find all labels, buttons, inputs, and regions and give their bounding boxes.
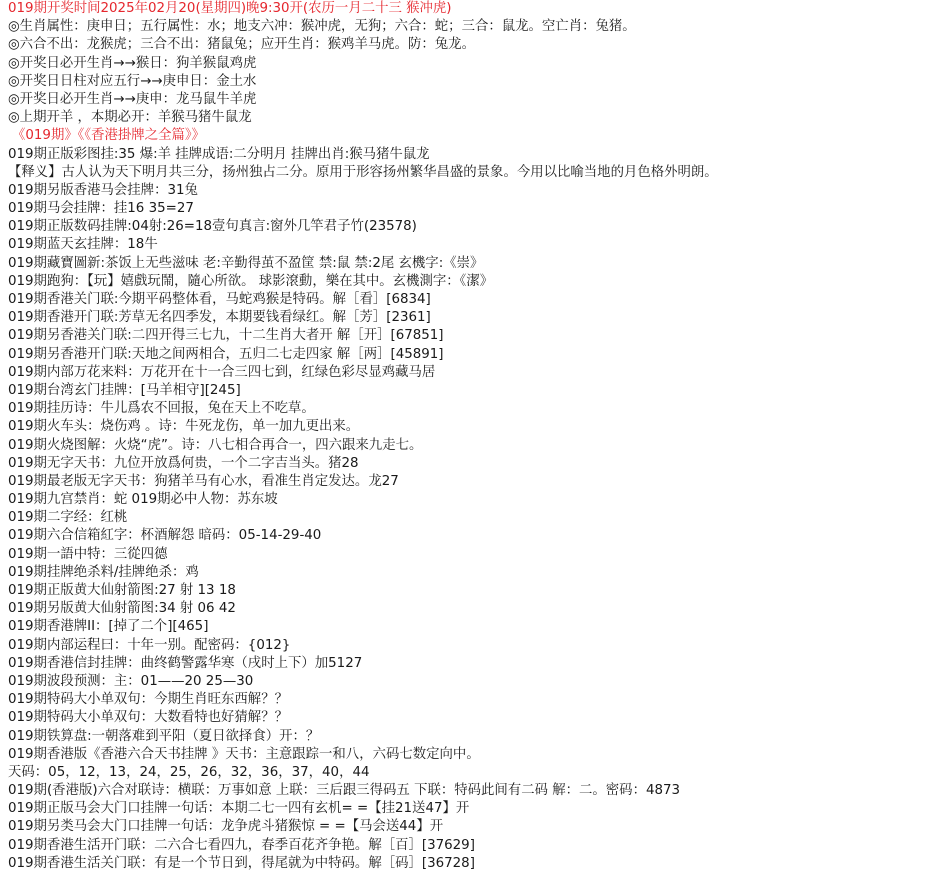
content-line: 019期蓝天玄挂牌：18牛 — [0, 236, 936, 254]
content-line: 019期马会挂牌：挂16 35=27 — [0, 200, 936, 218]
intro-line-monkey-day: ◎开奖日必开生肖→→猴日：狗羊猴鼠鸡虎 — [0, 55, 936, 73]
content-line: 019期火烧图解：火烧“虎”。诗：八七相合再合一，四六跟来九走七。 — [0, 437, 936, 455]
section-title: 《019期》《《香港掛牌之全篇》》 — [0, 127, 936, 145]
draw-time-header: 019期开奖时间2025年02月20(星期四)晚9:30开(农历一月二十三 猴冲… — [0, 0, 936, 18]
content-line: 019期特码大小单双句：大数看特也好猜解？？ — [0, 709, 936, 727]
content-line: 019期火车头：烧伤鸡 。诗：牛死龙伤，单一加九更出来。 — [0, 418, 936, 436]
content-line: 019期(香港版)六合对联诗：横联：万事如意 上联：三后跟三得码五 下联：特码此… — [0, 782, 936, 800]
content-line: 019期香港生活关门联：有是一个节日到，得尾就为中特码。解［码］[36728] — [0, 855, 936, 872]
intro-line-day-pillar-elements: ◎开奖日日柱对应五行→→庚申日：金土水 — [0, 73, 936, 91]
content-line: 019期另香港开门联:天地之间两相合，五归二七走四家 解［两］[45891] — [0, 346, 936, 364]
content-line: 019期最老版无字天书：狗猪羊马有心水，看准生肖定发达。龙27 — [0, 473, 936, 491]
content-line: 019期九宫禁肖：蛇 019期必中人物：苏东坡 — [0, 491, 936, 509]
content-line: 019期正版彩图挂:35 爆:羊 挂牌成语:二分明月 挂牌出肖:猴马猪牛鼠龙 — [0, 146, 936, 164]
content-line: 019期香港牌II：[掉了二个][465] — [0, 618, 936, 636]
content-line: 019期另版香港马会挂牌：31兔 — [0, 182, 936, 200]
content-line: 019期特码大小单双句：今期生肖旺东西解？？ — [0, 691, 936, 709]
content-line: 019期另类马会大门口挂牌一句话：龙争虎斗猪猴惊 = =【马会送44】开 — [0, 818, 936, 836]
content-line-explanation: 【释义】古人认为天下明月共三分，扬州独占二分。原用于形容扬州繁华昌盛的景象。今用… — [0, 164, 936, 182]
content-line: 019期正版黄大仙射箭图:27 射 13 18 — [0, 582, 936, 600]
content-line: 019期内部运程曰：十年一别。配密码：{012} — [0, 637, 936, 655]
intro-line-liuhe-exclusions: ◎六合不出：龙猴虎；三合不出：猪鼠兔；应开生肖：猴鸡羊马虎。防：兔龙。 — [0, 36, 936, 54]
content-line: 019期挂历诗：牛儿爲农不回报，兔在天上不吃草。 — [0, 400, 936, 418]
content-line: 019期挂牌绝杀料/挂牌绝杀：鸡 — [0, 564, 936, 582]
content-line: 019期另香港关门联:二四开得三七九，十二生肖大者开 解［开］[67851] — [0, 327, 936, 345]
content-line-tianma-numbers: 天码：05，12，13，24，25，26，32，36，37，40，44 — [0, 764, 936, 782]
content-line: 019期一語中特：三從四德 — [0, 546, 936, 564]
content-line: 019期二字经：红桃 — [0, 509, 936, 527]
content-line: 019期台湾玄门挂牌：[马羊相守][245] — [0, 382, 936, 400]
content-line: 019期跑狗：【玩】嬉戲玩鬧，隨心所欲。 球影滾動，樂在其中。玄機測字：《潔》 — [0, 273, 936, 291]
content-line: 019期六合信箱紅字：杯酒解怨 暗码：05-14-29-40 — [0, 527, 936, 545]
intro-line-zodiac-attributes: ◎生肖属性：庚申日；五行属性：水；地支六冲：猴冲虎，无狗；六合：蛇；三合：鼠龙。… — [0, 18, 936, 36]
content-line: 019期香港版《香港六合天书挂牌 》天书：主意跟踪一和八，六码七数定向中。 — [0, 746, 936, 764]
intro-line-last-draw: ◎上期开羊 ，本期必开：羊猴马猪牛鼠龙 — [0, 109, 936, 127]
content-line: 019期香港信封挂牌：曲终鹤警露华寒（戌时上下）加5127 — [0, 655, 936, 673]
content-line: 019期另版黄大仙射箭图:34 射 06 42 — [0, 600, 936, 618]
content-line: 019期香港开门联:芳草无名四季发，本期要钱看绿红。解［芳］[2361] — [0, 309, 936, 327]
content-line: 019期正版马会大门口挂牌一句话：本期二七一四有玄机= =【挂21送47】开 — [0, 800, 936, 818]
content-line: 019期内部万花来料：万花开在十一合三四七到，红绿色彩尽显鸡藏马居 — [0, 364, 936, 382]
content-line: 019期香港生活开门联：二六合七看四九，春季百花齐争艳。解［百］[37629] — [0, 837, 936, 855]
content-line: 019期藏寶圖新:茶饭上无些滋味 老:辛勤得茧不盈筐 禁:鼠 禁:2尾 玄機字:… — [0, 255, 936, 273]
content-line: 019期香港关门联:今期平码整体看，马蛇鸡猴是特码。解［看］[6834] — [0, 291, 936, 309]
content-line: 019期波段预测：主：01——20 25—30 — [0, 673, 936, 691]
intro-line-gengshen: ◎开奖日必开生肖→→庚申：龙马鼠牛羊虎 — [0, 91, 936, 109]
content-line: 019期铁算盘:一朝落难到平阳（夏日欲择食）开：？ — [0, 728, 936, 746]
content-line: 019期无字天书：九位开放爲何贵，一个二字吉当头。猪28 — [0, 455, 936, 473]
content-line: 019期正版数码挂牌:04射:26=18壹句真言:窗外几竿君子竹(23578) — [0, 218, 936, 236]
lottery-forecast-document: 019期开奖时间2025年02月20(星期四)晚9:30开(农历一月二十三 猴冲… — [0, 0, 936, 872]
